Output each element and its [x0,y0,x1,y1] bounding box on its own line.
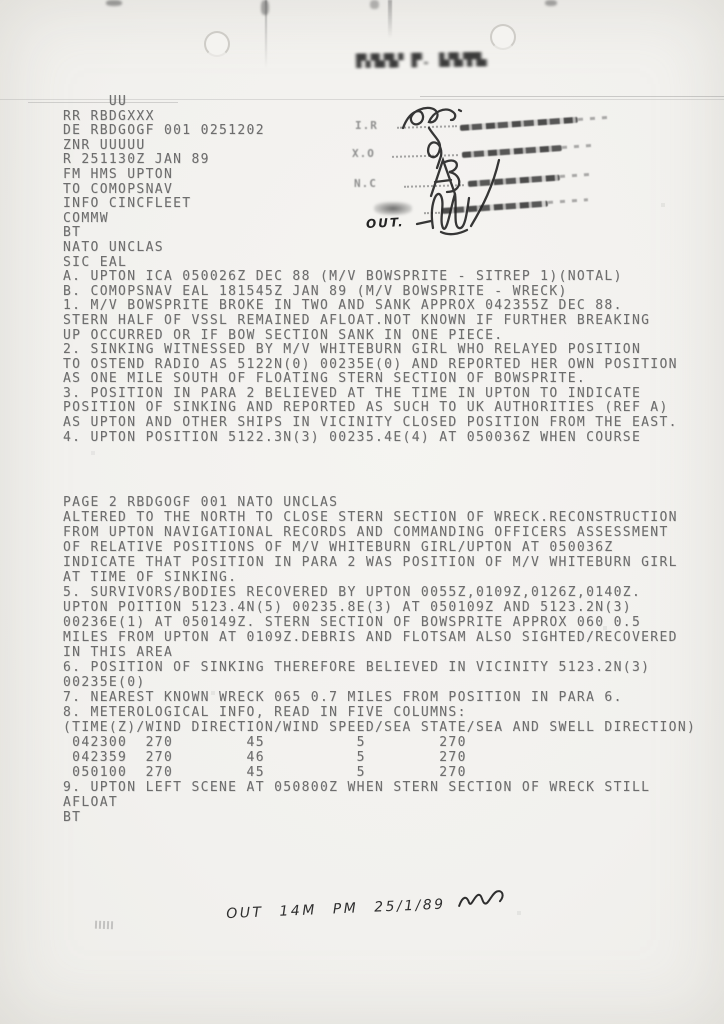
message-line: DE RBDGOGF 001 0251202 [63,124,678,139]
message-page-1: UURR RBDGXXXDE RBDGOGF 001 0251202ZNR UU… [63,95,678,445]
message-line: IN THIS AREA [63,645,696,660]
edge-smudge [370,0,379,9]
message-line: 6. POSITION OF SINKING THEREFORE BELIEVE… [63,660,696,675]
message-line: STERN HALF OF VSSL REMAINED AFLOAT.NOT K… [63,314,678,329]
message-line: 042359 270 46 5 270 [63,750,696,765]
message-line: 8. METEROLOGICAL INFO, READ IN FIVE COLU… [63,705,696,720]
message-line: TO COMOPSNAV [63,183,678,198]
message-line: AFLOAT [63,795,696,810]
message-line: 00236E(1) AT 050149Z. STERN SECTION OF B… [63,615,696,630]
message-line: MILES FROM UPTON AT 0109Z.DEBRIS AND FLO… [63,630,696,645]
message-line: INDICATE THAT POSITION IN PARA 2 WAS POS… [63,555,696,570]
message-line: A. UPTON ICA 050026Z DEC 88 (M/V BOWSPRI… [63,270,678,285]
message-line: BT [63,810,696,825]
edge-smudge [261,0,269,15]
message-line: PAGE 2 RBDGOGF 001 NATO UNCLAS [63,495,696,510]
edge-smudge [545,0,557,6]
message-line: ZNR UUUUU [63,139,678,154]
message-line: INFO CINCFLEET [63,197,678,212]
message-line: BT [63,226,678,241]
handwritten-release-note: OUT 14M PM 25/1/89 [226,886,508,924]
scan-noise-speckles [0,0,2,2]
message-line: TO OSTEND RADIO AS 5122N(0) 00235E(0) AN… [63,358,678,373]
ink-stamp-smudge: ▛▞▙▜▞ ▛. ▙▜▞▛▙ [356,52,486,68]
message-line: UP OCCURRED OR IF BOW SECTION SANK IN ON… [63,329,678,344]
message-line: 050100 270 45 5 270 [63,765,696,780]
message-line: 2. SINKING WITNESSED BY M/V WHITEBURN GI… [63,343,678,358]
edge-smudge [106,0,122,6]
message-line: 1. M/V BOWSPRITE BROKE IN TWO AND SANK A… [63,299,678,314]
punch-hole [204,31,230,57]
message-line: AS ONE MILE SOUTH OF FLOATING STERN SECT… [63,372,678,387]
message-line: POSITION OF SINKING AND REPORTED AS SUCH… [63,401,678,416]
message-line: B. COMOPSNAV EAL 181545Z JAN 89 (M/V BOW… [63,285,678,300]
message-line: UPTON POITION 5123.4N(5) 00235.8E(3) AT … [63,600,696,615]
message-line: RR RBDGXXX [63,110,678,125]
message-line: 00235E(0) [63,675,696,690]
message-line: FROM UPTON NAVIGATIONAL RECORDS AND COMM… [63,525,696,540]
scanned-telex-document: ▛▞▙▜▞ ▛. ▙▜▞▛▙ I.R X.O N.C [0,0,724,1024]
message-line: 7. NEAREST KNOWN WRECK 065 0.7 MILES FRO… [63,690,696,705]
message-line: 4. UPTON POSITION 5122.3N(3) 00235.4E(4)… [63,431,678,446]
message-line: 042300 270 45 5 270 [63,735,696,750]
message-line: (TIME(Z)/WIND DIRECTION/WIND SPEED/SEA S… [63,720,696,735]
message-line: SIC EAL [63,256,678,271]
message-line: AS UPTON AND OTHER SHIPS IN VICINITY CLO… [63,416,678,431]
message-line: 5. SURVIVORS/BODIES RECOVERED BY UPTON 0… [63,585,696,600]
handwritten-note-text: OUT 14M PM 25/1/89 [226,897,446,923]
vertical-fold-crease [388,0,392,38]
message-line: ALTERED TO THE NORTH TO CLOSE STERN SECT… [63,510,696,525]
message-line: NATO UNCLAS [63,241,678,256]
message-line: 3. POSITION IN PARA 2 BELIEVED AT THE TI… [63,387,678,402]
message-line: R 251130Z JAN 89 [63,153,678,168]
message-line: FM HMS UPTON [63,168,678,183]
message-line: COMMW [63,212,678,227]
initials-scrawl [455,886,508,914]
message-page-2: PAGE 2 RBDGOGF 001 NATO UNCLASALTERED TO… [63,495,696,825]
message-line: 9. UPTON LEFT SCENE AT 050800Z WHEN STER… [63,780,696,795]
punch-hole [490,24,516,50]
message-line: OF RELATIVE POSITIONS OF M/V WHITEBURN G… [63,540,696,555]
message-line: AT TIME OF SINKING. [63,570,696,585]
faint-pencil-mark [95,921,115,930]
message-line: UU [63,95,678,110]
